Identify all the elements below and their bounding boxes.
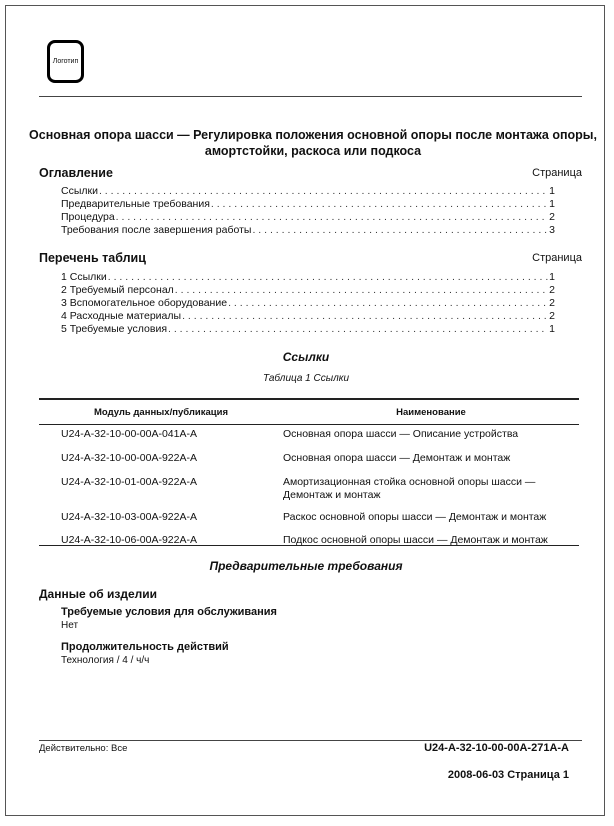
contents-heading: Оглавление Страница (39, 166, 582, 180)
toc-item[interactable]: Требования после завершения работы3 (61, 224, 555, 237)
row-name: Амортизационная стойка основной опоры ша… (283, 476, 579, 511)
toc-item-page: 1 (549, 271, 555, 284)
references-table-caption: Таблица 1 Ссылки (6, 373, 606, 384)
toc-item-label: 5 Требуемые условия (61, 323, 167, 336)
toc-item[interactable]: 2 Требуемый персонал2 (61, 284, 555, 297)
table-row[interactable]: U24-A-32-10-00-00A-041A-A Основная опора… (39, 428, 579, 452)
row-code: U24-A-32-10-00-00A-922A-A (39, 452, 283, 476)
required-conditions-title: Требуемые условия для обслуживания (61, 606, 277, 618)
table-row[interactable]: U24-A-32-10-00-00A-922A-A Основная опора… (39, 452, 579, 476)
row-name: Раскос основной опоры шасси — Демонтаж и… (283, 511, 579, 534)
toc-item-label: Предварительные требования (61, 198, 210, 211)
table-row[interactable]: U24-A-32-10-03-00A-922A-A Раскос основно… (39, 511, 579, 534)
toc-leader (99, 185, 548, 198)
column-header-name: Наименование (283, 407, 579, 418)
applicability: Действительно: Все (39, 743, 127, 754)
toc-leader (108, 271, 548, 284)
table-row[interactable]: U24-A-32-10-01-00A-922A-A Амортизационна… (39, 476, 579, 511)
references-table-body: U24-A-32-10-00-00A-041A-A Основная опора… (39, 428, 579, 550)
toc-item[interactable]: Ссылки1 (61, 185, 555, 198)
toc-item-page: 2 (549, 297, 555, 310)
toc-item[interactable]: Предварительные требования1 (61, 198, 555, 211)
contents-page-label: Страница (532, 167, 582, 179)
header-divider (39, 96, 582, 97)
row-code: U24-A-32-10-01-00A-922A-A (39, 476, 283, 511)
toc-item-page: 1 (549, 198, 555, 211)
toc-leader (252, 224, 548, 237)
toc-item-page: 2 (549, 310, 555, 323)
document-page: Логотип Основная опора шасси — Регулиров… (5, 5, 605, 816)
toc-item-page: 2 (549, 211, 555, 224)
table-header-rule (39, 424, 579, 425)
row-name: Основная опора шасси — Описание устройст… (283, 428, 579, 452)
logo-placeholder: Логотип (47, 40, 84, 83)
toc-leader (175, 284, 548, 297)
required-conditions-value: Нет (61, 620, 78, 631)
toc-item[interactable]: Процедура2 (61, 211, 555, 224)
toc-item-page: 1 (549, 185, 555, 198)
toc-leader (168, 323, 548, 336)
prerequisites-heading: Предварительные требования (6, 559, 606, 573)
toc-item-label: 4 Расходные материалы (61, 310, 181, 323)
tables-list-heading: Перечень таблиц Страница (39, 251, 582, 265)
row-name: Подкос основной опоры шасси — Демонтаж и… (283, 534, 579, 550)
toc-item-page: 2 (549, 284, 555, 297)
toc-item[interactable]: 5 Требуемые условия1 (61, 323, 555, 336)
product-data-heading: Данные об изделии (39, 587, 157, 601)
logo-label: Логотип (53, 58, 79, 65)
data-module-code: U24-A-32-10-00-00A-271A-A (424, 742, 569, 754)
toc-item[interactable]: 4 Расходные материалы2 (61, 310, 555, 323)
toc-item-page: 3 (549, 224, 555, 237)
tables-list: 1 Ссылки1 2 Требуемый персонал2 3 Вспомо… (61, 271, 555, 336)
toc-leader (116, 211, 548, 224)
table-header: Модуль данных/публикация Наименование (39, 400, 579, 424)
toc-item-label: Требования после завершения работы (61, 224, 251, 237)
contents-list: Ссылки1 Предварительные требования1 Проц… (61, 185, 555, 237)
toc-item[interactable]: 1 Ссылки1 (61, 271, 555, 284)
row-code: U24-A-32-10-00-00A-041A-A (39, 428, 283, 452)
contents-heading-text: Оглавление (39, 166, 113, 180)
toc-leader (182, 310, 548, 323)
table-bottom-rule (39, 545, 579, 546)
column-header-code: Модуль данных/публикация (39, 407, 283, 418)
toc-item-label: Ссылки (61, 185, 98, 198)
toc-item-label: 2 Требуемый персонал (61, 284, 174, 297)
toc-item-label: 3 Вспомогательное оборудование (61, 297, 227, 310)
toc-item-label: Процедура (61, 211, 115, 224)
row-code: U24-A-32-10-06-00A-922A-A (39, 534, 283, 550)
table-row[interactable]: U24-A-32-10-06-00A-922A-A Подкос основно… (39, 534, 579, 550)
tables-list-page-label: Страница (532, 252, 582, 264)
date-and-page: 2008-06-03 Страница 1 (448, 769, 569, 781)
row-name: Основная опора шасси — Демонтаж и монтаж (283, 452, 579, 476)
footer-divider (39, 740, 582, 741)
toc-item-label: 1 Ссылки (61, 271, 107, 284)
duration-title: Продолжительность действий (61, 641, 229, 653)
toc-item-page: 1 (549, 323, 555, 336)
toc-item[interactable]: 3 Вспомогательное оборудование2 (61, 297, 555, 310)
document-title: Основная опора шасси — Регулировка полож… (26, 127, 600, 159)
duration-value: Технология / 4 / ч/ч (61, 655, 149, 666)
toc-leader (228, 297, 548, 310)
references-table: Модуль данных/публикация Наименование (39, 400, 579, 424)
toc-leader (211, 198, 548, 211)
references-heading: Ссылки (6, 350, 606, 364)
row-code: U24-A-32-10-03-00A-922A-A (39, 511, 283, 534)
tables-list-heading-text: Перечень таблиц (39, 251, 146, 265)
